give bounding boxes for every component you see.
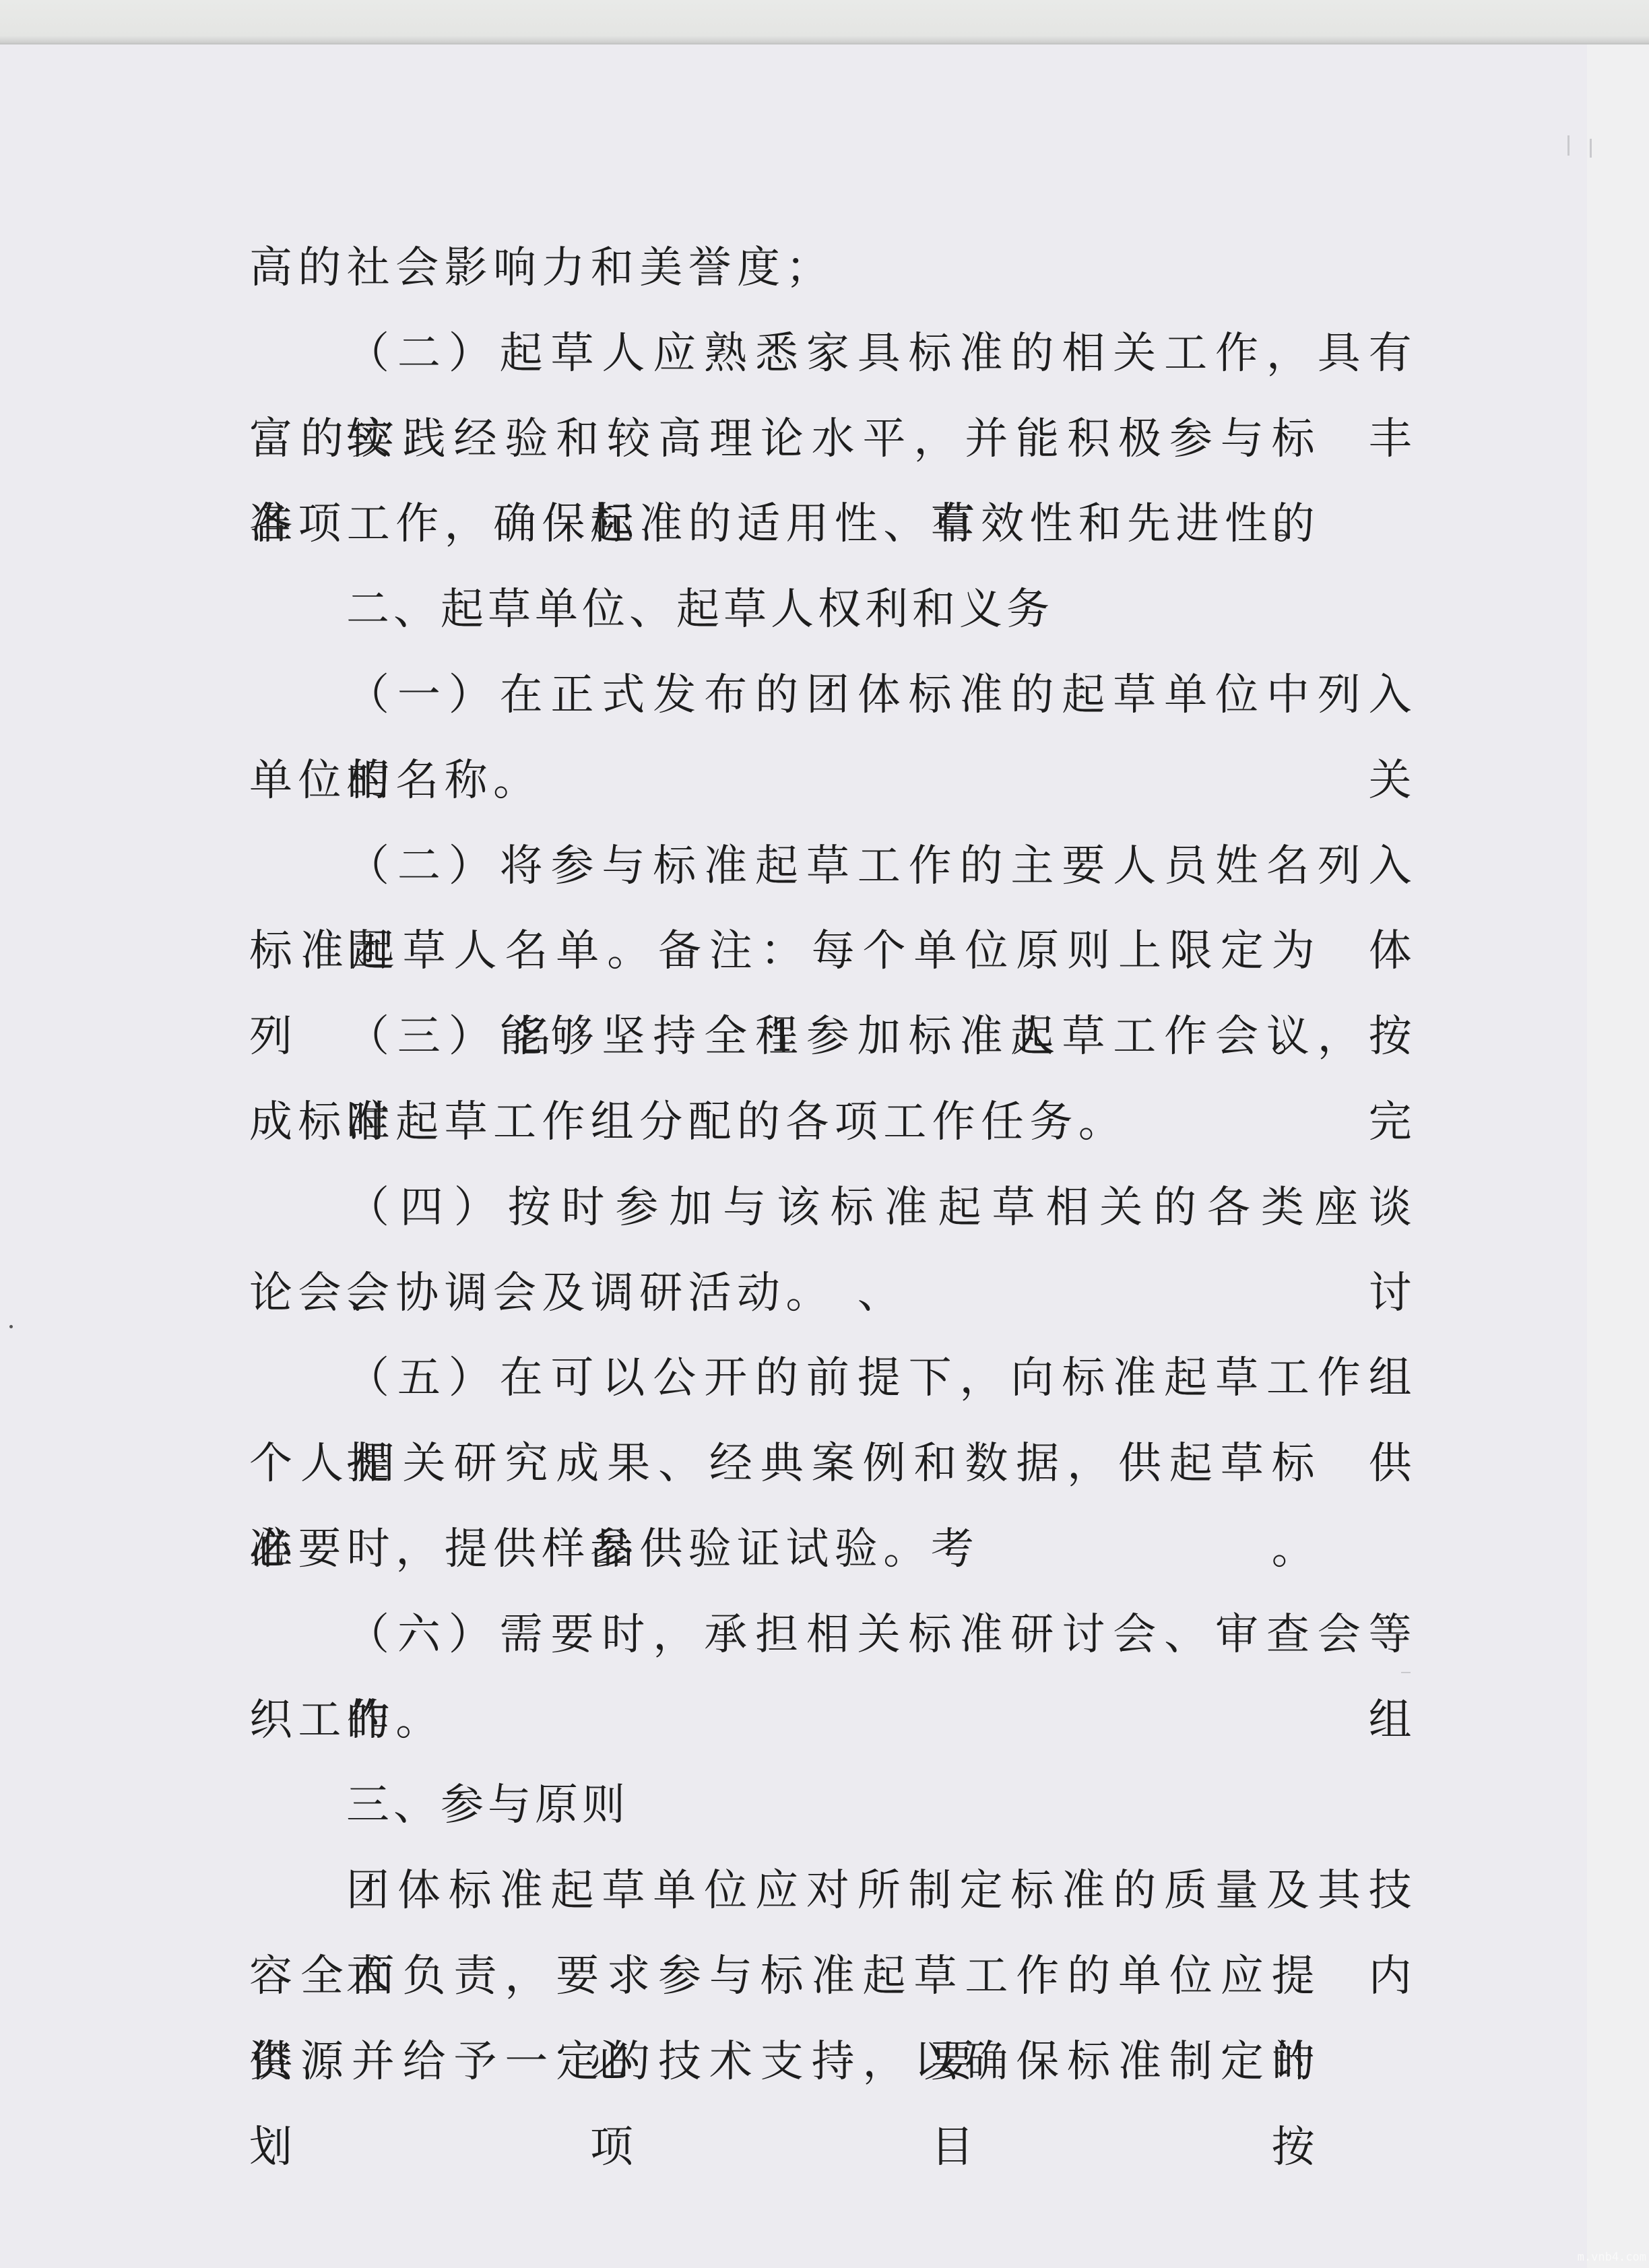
section-heading: 三、参与原则 [249,1763,1327,1848]
site-watermark: m.vnb4.com [1578,2250,1646,2264]
scan-right-edge [1586,44,1649,2268]
paragraph-line: 标准起草人名单。备注：每个单位原则上限定为列名1人。 [249,909,1320,994]
paragraph-line: （二）起草人应熟悉家具标准的相关工作，具有较丰 [249,311,1417,397]
scan-mark [1590,139,1592,158]
paragraph-line: 团体标准起草单位应对所制定标准的质量及其技术内 [249,1848,1417,1934]
paragraph-line: 资源并给予一定的技术支持，以确保标准制定计划项目按 [249,2019,1320,2105]
scan-speck [9,1325,13,1328]
paragraph-line: 容全面负责，要求参与标准起草工作的单位应提供必要的 [249,1934,1320,2019]
paragraph-line: （二）将参与标准起草工作的主要人员姓名列入团体 [249,824,1417,909]
section-heading: 二、起草单位、起草人权利和义务 [249,567,1327,653]
paragraph-line: （四）按时参加与该标准起草相关的各类座谈会、讨 [249,1165,1417,1251]
paragraph-line: 富的实践经验和较高理论水平，并能积极参与标准起草的 [249,397,1320,482]
paragraph-line: （六）需要时，承担相关标准研讨会、审查会等的组 [249,1592,1417,1678]
paragraph-line: 高的社会影响力和美誉度； [249,226,1327,311]
paragraph-line: 各项工作，确保标准的适用性、有效性和先进性。 [249,482,1327,567]
paragraph-line: 个人相关研究成果、经典案例和数据，供起草标准参考。 [249,1421,1320,1507]
scan-top-shadow [0,0,1649,44]
document-body: 高的社会影响力和美誉度； （二）起草人应熟悉家具标准的相关工作，具有较丰 富的实… [249,226,1327,2105]
scan-mark [1567,135,1570,156]
paragraph-line: （三）能够坚持全程参加标准起草工作会议，按时完 [249,994,1417,1080]
paragraph-line: （一）在正式发布的团体标准的起草单位中列入相关 [249,653,1417,738]
paragraph-line: （五）在可以公开的前提下，向标准起草工作组提供 [249,1336,1417,1421]
